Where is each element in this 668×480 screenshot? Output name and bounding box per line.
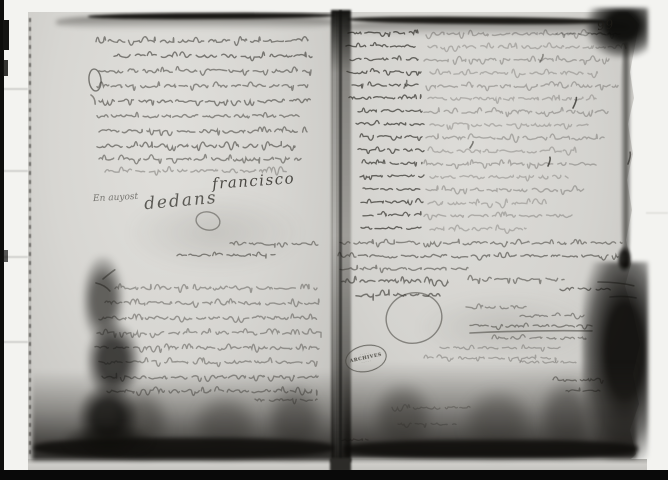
film-edge-mark: [3, 60, 8, 76]
legible-text-layer: 99 francisco En auyost dedans ····· ARCH…: [0, 0, 668, 480]
note-dedans: dedans: [143, 188, 218, 214]
archive-stamp: ····· ARCHIVES ·····: [343, 341, 390, 376]
signature-francisco: francisco: [211, 169, 295, 193]
stamp-arc-bottom: ·····: [361, 360, 372, 365]
manuscript-scan: 99 francisco En auyost dedans ····· ARCH…: [0, 0, 668, 480]
film-edge-mark: [3, 20, 9, 50]
film-edge-band: [0, 470, 668, 480]
note-en-augst: En auyost: [93, 192, 139, 204]
film-edge-mark: [3, 250, 8, 262]
page-number: 99: [596, 17, 615, 33]
